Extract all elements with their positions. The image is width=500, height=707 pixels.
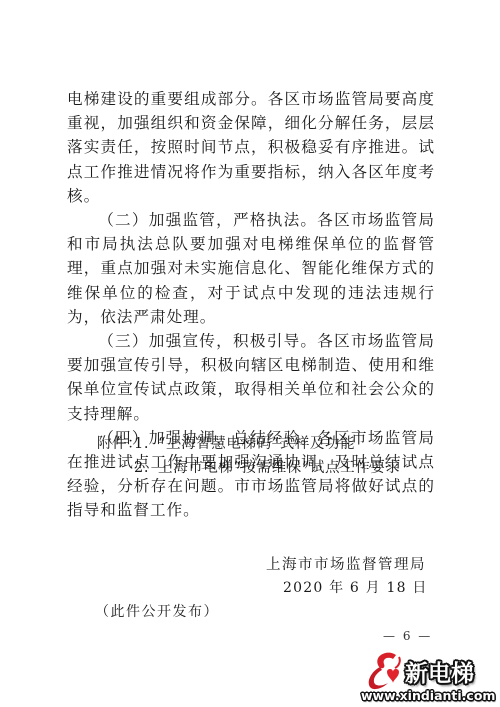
paragraph-continuation: 电梯建设的重要组成部分。各区市场监管局要高度重视，加强组织和资金保障，细化分解任… (67, 87, 435, 208)
attachments-label: 附件： (97, 432, 134, 456)
watermark-logo: 新电梯 www.xindianti.com (360, 650, 500, 707)
paragraph-supervision: （二）加强监管，严格执法。各区市场监管局和市局执法总队要加强对电梯维保单位的监督… (67, 208, 435, 329)
attachment-number: 2. (134, 456, 158, 480)
issuing-authority: 上海市市场监督管理局 (266, 553, 426, 574)
document-page: 电梯建设的重要组成部分。各区市场监管局要高度重视，加强组织和资金保障，细化分解任… (0, 0, 500, 707)
attachment-number: 1. (134, 432, 158, 456)
attachment-title: 上海市电梯“按需维保”试点工作要求 (158, 460, 401, 476)
attachments-list: 附件：1.“上海智慧电梯码”式样及功能 2.上海市电梯“按需维保”试点工作要求 (97, 432, 401, 480)
watermark-title: 新电梯 (405, 655, 474, 688)
page-number: — 6 — (383, 629, 432, 643)
attachment-item-2: 2.上海市电梯“按需维保”试点工作要求 (97, 456, 401, 480)
publication-note: （此件公开发布） (95, 601, 219, 621)
attachment-title: “上海智慧电梯码”式样及功能 (158, 436, 355, 452)
watermark-url: www.xindianti.com (361, 688, 495, 703)
attachment-item-1: 附件：1.“上海智慧电梯码”式样及功能 (97, 432, 401, 456)
paragraph-publicity: （三）加强宣传，积极引导。各区市场监管局要加强宣传引导，积极向辖区电梯制造、使用… (67, 329, 435, 426)
issue-date: 2020 年 6 月 18 日 (283, 577, 428, 597)
red-swoosh-heart-logo-icon (366, 651, 402, 691)
